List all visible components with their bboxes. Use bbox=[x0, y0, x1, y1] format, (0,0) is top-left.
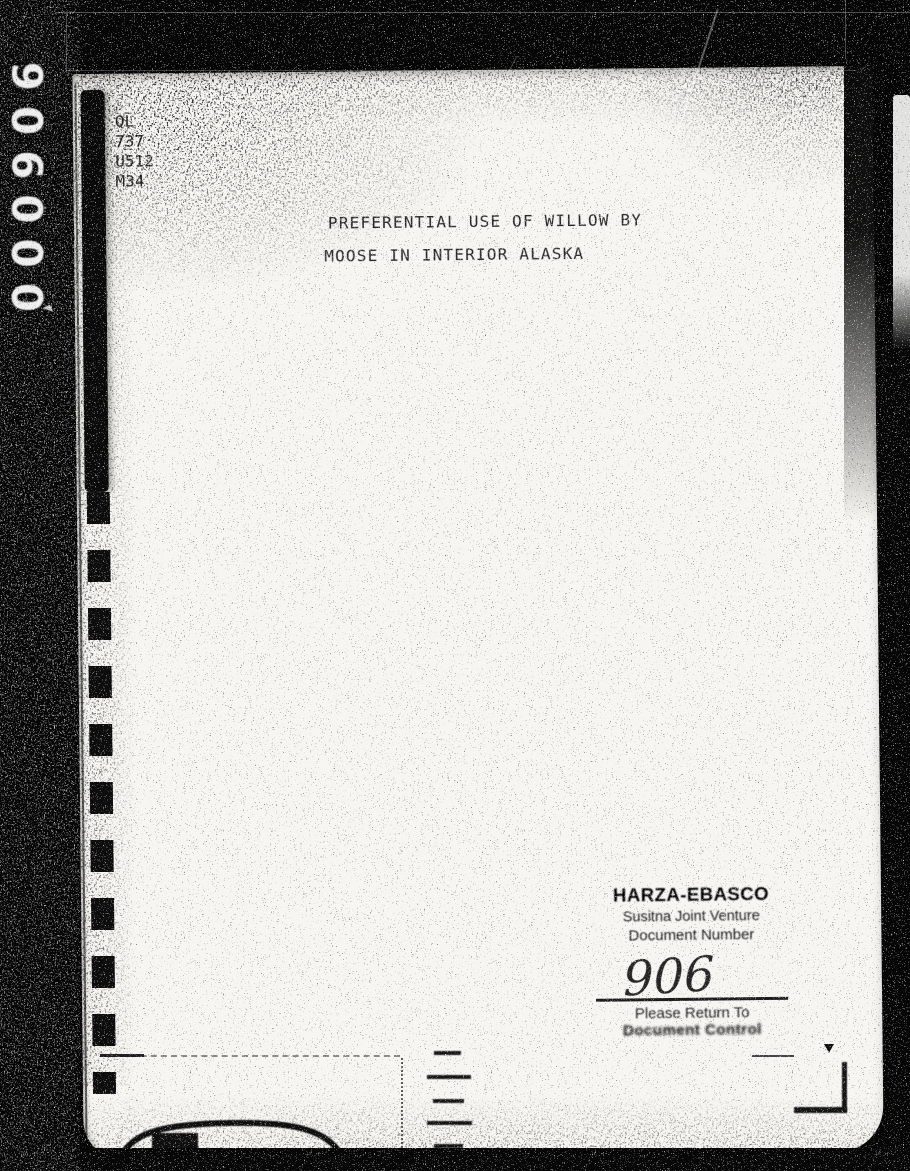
document-number-stamp: HARZA-EBASCO Susitna Joint Venture Docum… bbox=[586, 883, 798, 1040]
stamp-company-name: HARZA-EBASCO bbox=[586, 883, 796, 907]
call-number-line: 737 bbox=[115, 131, 154, 151]
document-title-line-2: MOOSE IN INTERIOR ALASKA bbox=[324, 244, 584, 266]
corner-bracket-edge-line bbox=[752, 1055, 794, 1057]
stamp-document-number-label: Document Number bbox=[586, 926, 796, 945]
document-page: QL 737 U512 M34 PREFERENTIAL USE OF WILL… bbox=[72, 66, 883, 1160]
bottom-right-corner-bracket bbox=[842, 1062, 847, 1112]
document-title-line-1: PREFERENTIAL USE OF WILLOW BY bbox=[328, 210, 642, 232]
registration-dash bbox=[433, 1099, 464, 1103]
binding-strip-upper bbox=[81, 90, 109, 492]
bottom-film-border bbox=[0, 1148, 910, 1171]
call-number-line: QL bbox=[115, 111, 154, 131]
page-bottom-edge-dashed bbox=[100, 1055, 400, 1057]
library-call-number: QL 737 U512 M34 bbox=[115, 111, 154, 191]
corner-arrow-mark-icon bbox=[824, 1044, 834, 1053]
stamp-document-control-line: Document Control bbox=[587, 1021, 797, 1040]
bottom-right-corner-bracket bbox=[794, 1107, 847, 1113]
right-film-edge-strip bbox=[893, 95, 910, 350]
page-top-edge-line bbox=[66, 70, 856, 71]
film-frame-number: 000906 bbox=[4, 0, 58, 338]
registration-dash bbox=[427, 1121, 472, 1125]
stamp-please-return-line: Please Return To bbox=[587, 1004, 797, 1023]
call-number-line: M34 bbox=[115, 171, 154, 191]
stamp-venture-line: Susitna Joint Venture bbox=[586, 908, 796, 926]
microfilm-scan-frame: 000906 QL 737 U512 M34 PREFERENTIAL USE … bbox=[0, 0, 910, 1171]
binding-comb-holes bbox=[87, 492, 116, 1094]
registration-dotted-line bbox=[401, 1058, 403, 1152]
frame-top-line bbox=[55, 12, 910, 13]
call-number-line: U512 bbox=[115, 151, 154, 171]
registration-dash bbox=[427, 1075, 471, 1079]
frame-right-line bbox=[845, 0, 846, 58]
registration-dash bbox=[434, 1051, 461, 1055]
frame-left-line bbox=[66, 13, 67, 73]
